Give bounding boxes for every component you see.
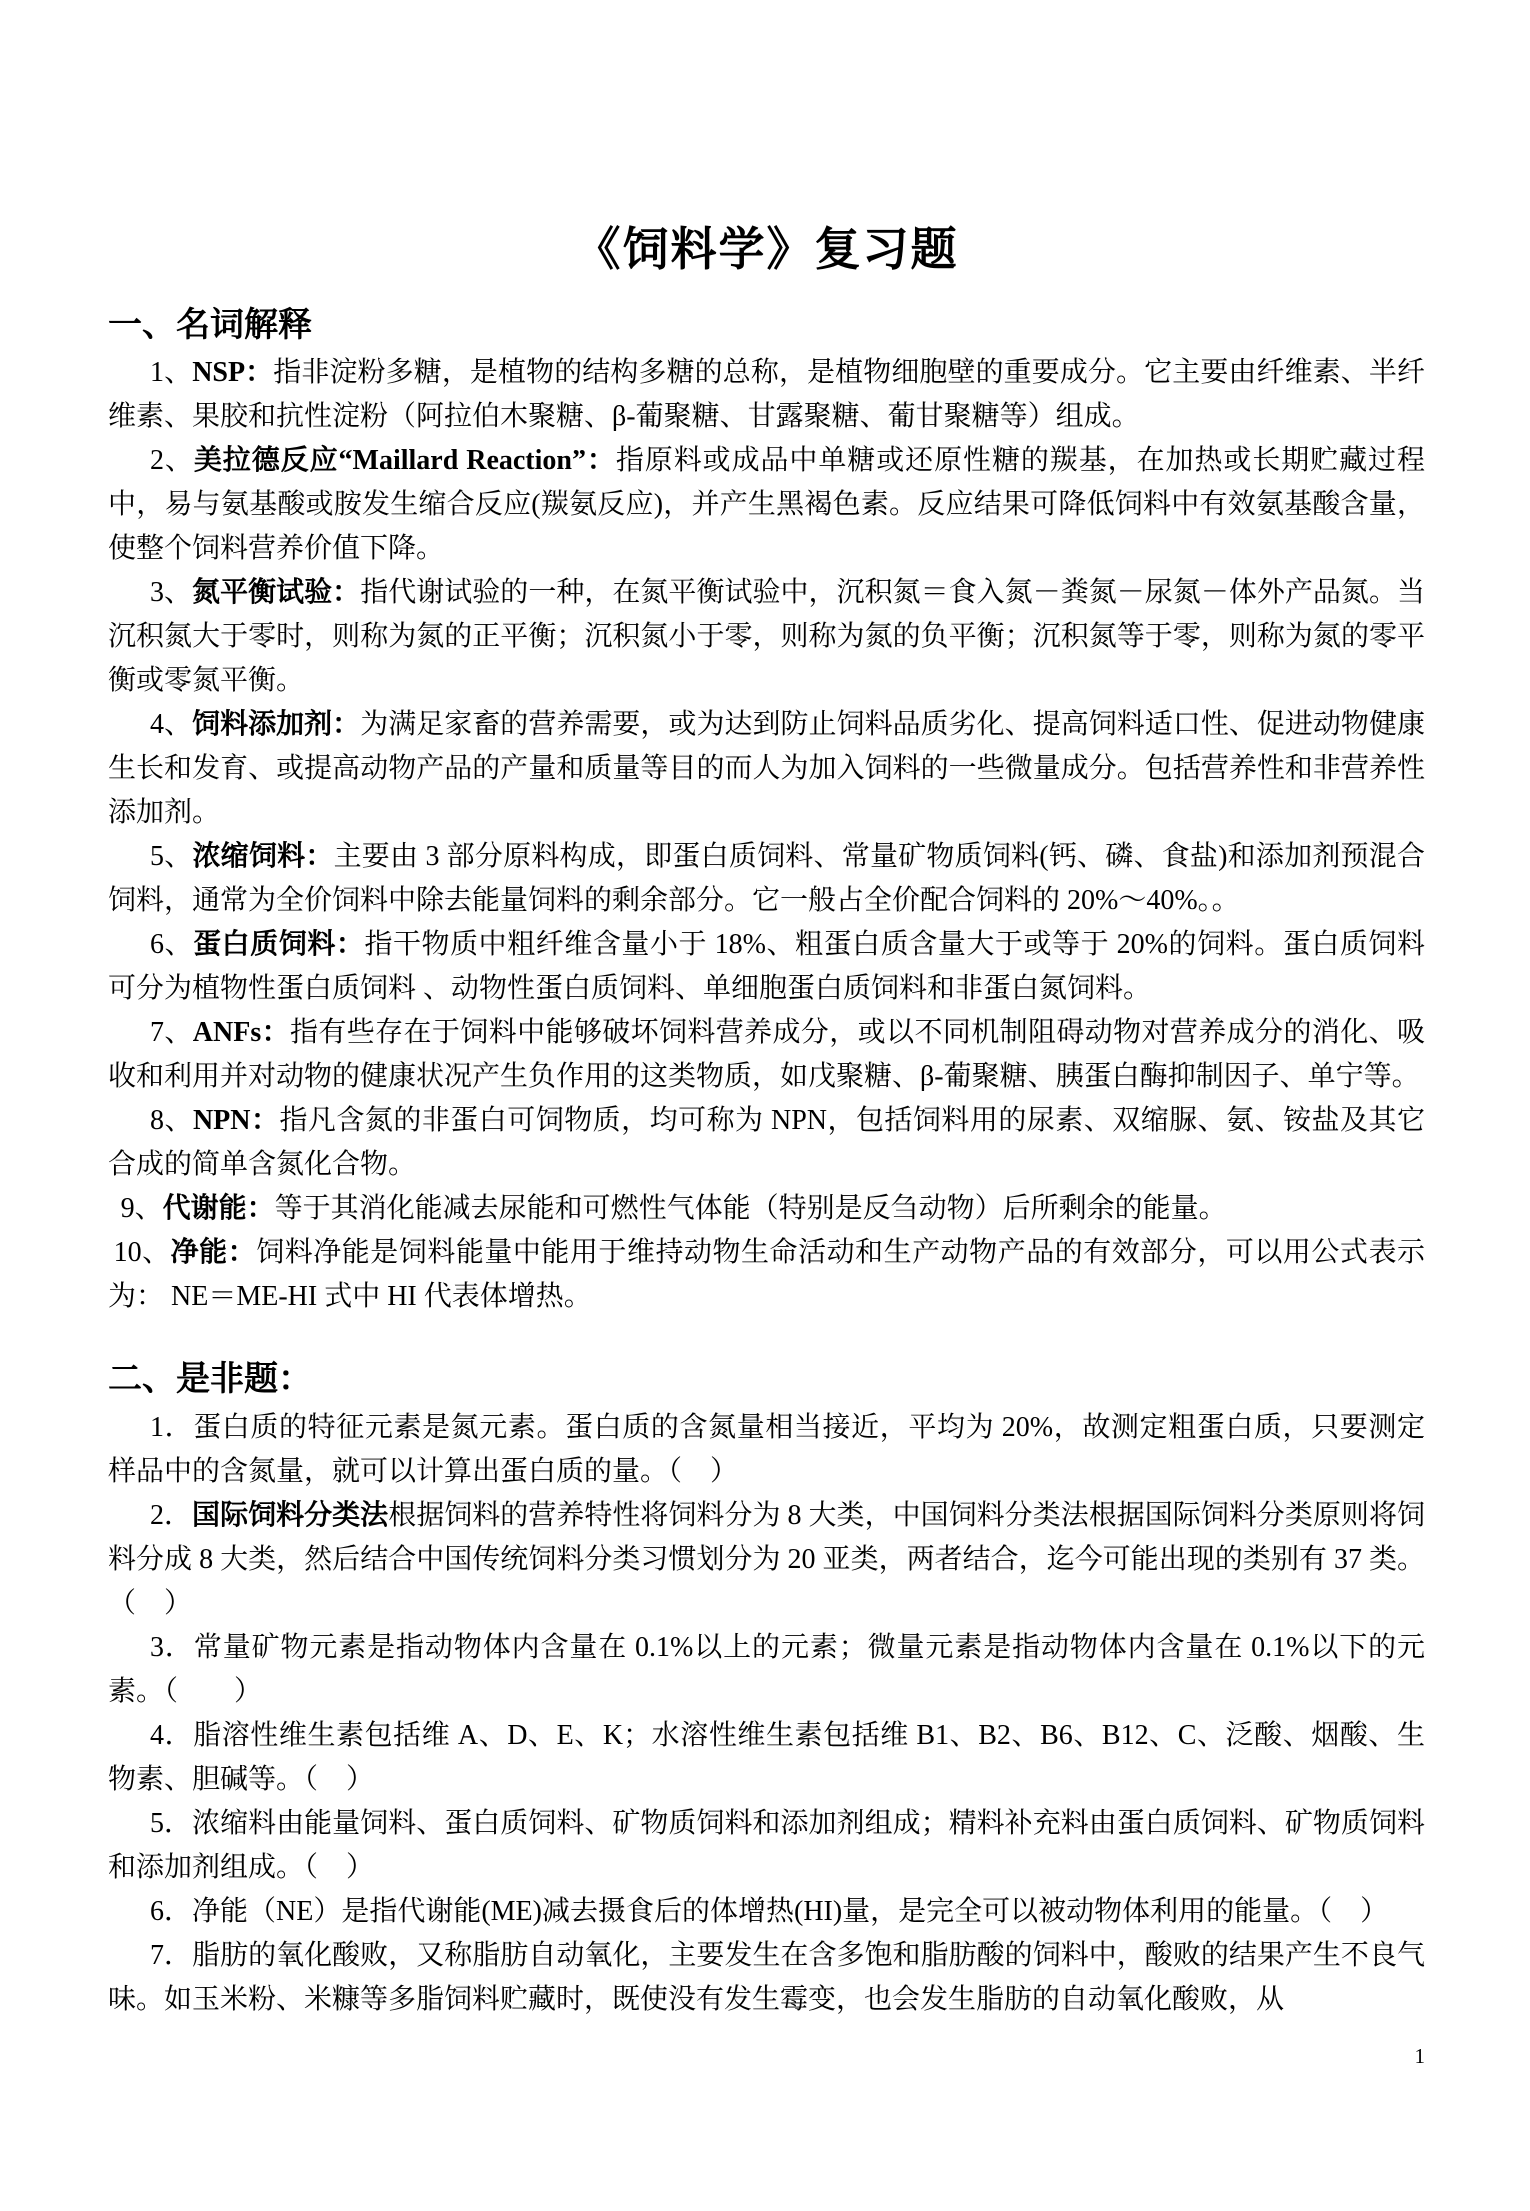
item-number: 7、 xyxy=(150,1017,193,1048)
item-text: 脂肪的氧化酸败，又称脂肪自动氧化，主要发生在含多饱和脂肪酸的饲料中，酸败的结果产… xyxy=(108,1940,1425,2015)
item-number: 9、 xyxy=(121,1193,163,1224)
section-heading-definitions: 一、名词解释 xyxy=(108,303,1425,347)
item-number: 3． xyxy=(150,1632,194,1663)
section-heading-true-false: 二、是非题： xyxy=(108,1357,1425,1401)
item-number: 6、 xyxy=(150,929,193,960)
true-false-item-3: 3．常量矿物元素是指动物体内含量在 0.1%以上的元素；微量元素是指动物体内含量… xyxy=(108,1626,1425,1714)
item-term: NSP： xyxy=(192,357,273,388)
item-number: 7． xyxy=(150,1940,192,1971)
definition-item-6: 6、蛋白质饲料：指干物质中粗纤维含量小于 18%、粗蛋白质含量大于或等于 20%… xyxy=(108,923,1425,1011)
item-number: 4、 xyxy=(150,709,192,740)
item-number: 3、 xyxy=(150,577,192,608)
definition-item-10: 10、净能：饲料净能是饲料能量中能用于维持动物生命活动和生产动物产品的有效部分，… xyxy=(108,1231,1425,1319)
item-term: 饲料添加剂： xyxy=(192,709,360,740)
item-number: 1． xyxy=(150,1412,193,1443)
true-false-item-2: 2．国际饲料分类法根据饲料的营养特性将饲料分为 8 大类，中国饲料分类法根据国际… xyxy=(108,1494,1425,1626)
item-text: 脂溶性维生素包括维 A、D、E、K；水溶性维生素包括维 B1、B2、B6、B12… xyxy=(108,1720,1425,1795)
definition-item-2: 2、美拉德反应“Maillard Reaction”：指原料或成品中单糖或还原性… xyxy=(108,439,1425,571)
true-false-item-6: 6．净能（NE）是指代谢能(ME)减去摄食后的体增热(HI)量，是完全可以被动物… xyxy=(108,1890,1425,1934)
item-text: 指凡含氮的非蛋白可饲物质，均可称为 NPN，包括饲料用的尿素、双缩脲、氨、铵盐及… xyxy=(108,1105,1425,1180)
item-number: 1、 xyxy=(150,357,192,388)
item-number: 2、 xyxy=(150,445,194,476)
document-page: 《饲料学》复习题 一、名词解释 1、NSP：指非淀粉多糖，是植物的结构多糖的总称… xyxy=(0,0,1530,2211)
true-false-item-5: 5．浓缩料由能量饲料、蛋白质饲料、矿物质饲料和添加剂组成；精料补充料由蛋白质饲料… xyxy=(108,1802,1425,1890)
item-term: NPN： xyxy=(193,1105,280,1136)
definition-item-3: 3、氮平衡试验：指代谢试验的一种，在氮平衡试验中，沉积氮＝食入氮－粪氮－尿氮－体… xyxy=(108,571,1425,703)
item-term: 美拉德反应“Maillard Reaction”： xyxy=(194,445,616,476)
item-number: 2． xyxy=(150,1500,192,1531)
true-false-item-7: 7．脂肪的氧化酸败，又称脂肪自动氧化，主要发生在含多饱和脂肪酸的饲料中，酸败的结… xyxy=(108,1934,1425,2022)
item-number: 5、 xyxy=(150,841,192,872)
item-term: 蛋白质饲料： xyxy=(193,929,364,960)
item-text: 等于其消化能减去尿能和可燃性气体能（特别是反刍动物）后所剩余的能量。 xyxy=(275,1193,1227,1224)
definition-item-1: 1、NSP：指非淀粉多糖，是植物的结构多糖的总称，是植物细胞壁的重要成分。它主要… xyxy=(108,351,1425,439)
item-term: 国际饲料分类法 xyxy=(192,1500,388,1531)
item-text: 指非淀粉多糖，是植物的结构多糖的总称，是植物细胞壁的重要成分。它主要由纤维素、半… xyxy=(108,357,1425,432)
item-text: 饲料净能是饲料能量中能用于维持动物生命活动和生产动物产品的有效部分，可以用公式表… xyxy=(108,1237,1425,1312)
item-number: 6． xyxy=(150,1896,192,1927)
item-number: 10、 xyxy=(114,1237,171,1268)
item-text: 常量矿物元素是指动物体内含量在 0.1%以上的元素；微量元素是指动物体内含量在 … xyxy=(108,1632,1425,1707)
page-title: 《饲料学》复习题 xyxy=(108,222,1425,277)
item-term: 氮平衡试验： xyxy=(192,577,360,608)
item-number: 4． xyxy=(150,1720,193,1751)
true-false-item-4: 4．脂溶性维生素包括维 A、D、E、K；水溶性维生素包括维 B1、B2、B6、B… xyxy=(108,1714,1425,1802)
item-term: 浓缩饲料： xyxy=(192,841,333,872)
item-number: 8、 xyxy=(150,1105,193,1136)
item-number: 5． xyxy=(150,1808,192,1839)
item-term: 净能： xyxy=(171,1237,257,1268)
definition-item-5: 5、浓缩饲料：主要由 3 部分原料构成，即蛋白质饲料、常量矿物质饲料(钙、磷、食… xyxy=(108,835,1425,923)
definition-item-8: 8、NPN：指凡含氮的非蛋白可饲物质，均可称为 NPN，包括饲料用的尿素、双缩脲… xyxy=(108,1099,1425,1187)
item-text: 净能（NE）是指代谢能(ME)减去摄食后的体增热(HI)量，是完全可以被动物体利… xyxy=(192,1896,1388,1927)
item-term: 代谢能： xyxy=(163,1193,275,1224)
page-number: 1 xyxy=(108,2044,1425,2069)
item-text: 指有些存在于饲料中能够破坏饲料营养成分，或以不同机制阻碍动物对营养成分的消化、吸… xyxy=(108,1017,1425,1092)
definition-item-7: 7、ANFs：指有些存在于饲料中能够破坏饲料营养成分，或以不同机制阻碍动物对营养… xyxy=(108,1011,1425,1099)
item-text: 浓缩料由能量饲料、蛋白质饲料、矿物质饲料和添加剂组成；精料补充料由蛋白质饲料、矿… xyxy=(108,1808,1425,1883)
true-false-item-1: 1．蛋白质的特征元素是氮元素。蛋白质的含氮量相当接近，平均为 20%，故测定粗蛋… xyxy=(108,1406,1425,1494)
item-text: 蛋白质的特征元素是氮元素。蛋白质的含氮量相当接近，平均为 20%，故测定粗蛋白质… xyxy=(108,1412,1425,1487)
item-term: ANFs： xyxy=(193,1017,290,1048)
definition-item-9: 9、代谢能：等于其消化能减去尿能和可燃性气体能（特别是反刍动物）后所剩余的能量。 xyxy=(108,1187,1425,1231)
definition-item-4: 4、饲料添加剂：为满足家畜的营养需要，或为达到防止饲料品质劣化、提高饲料适口性、… xyxy=(108,703,1425,835)
